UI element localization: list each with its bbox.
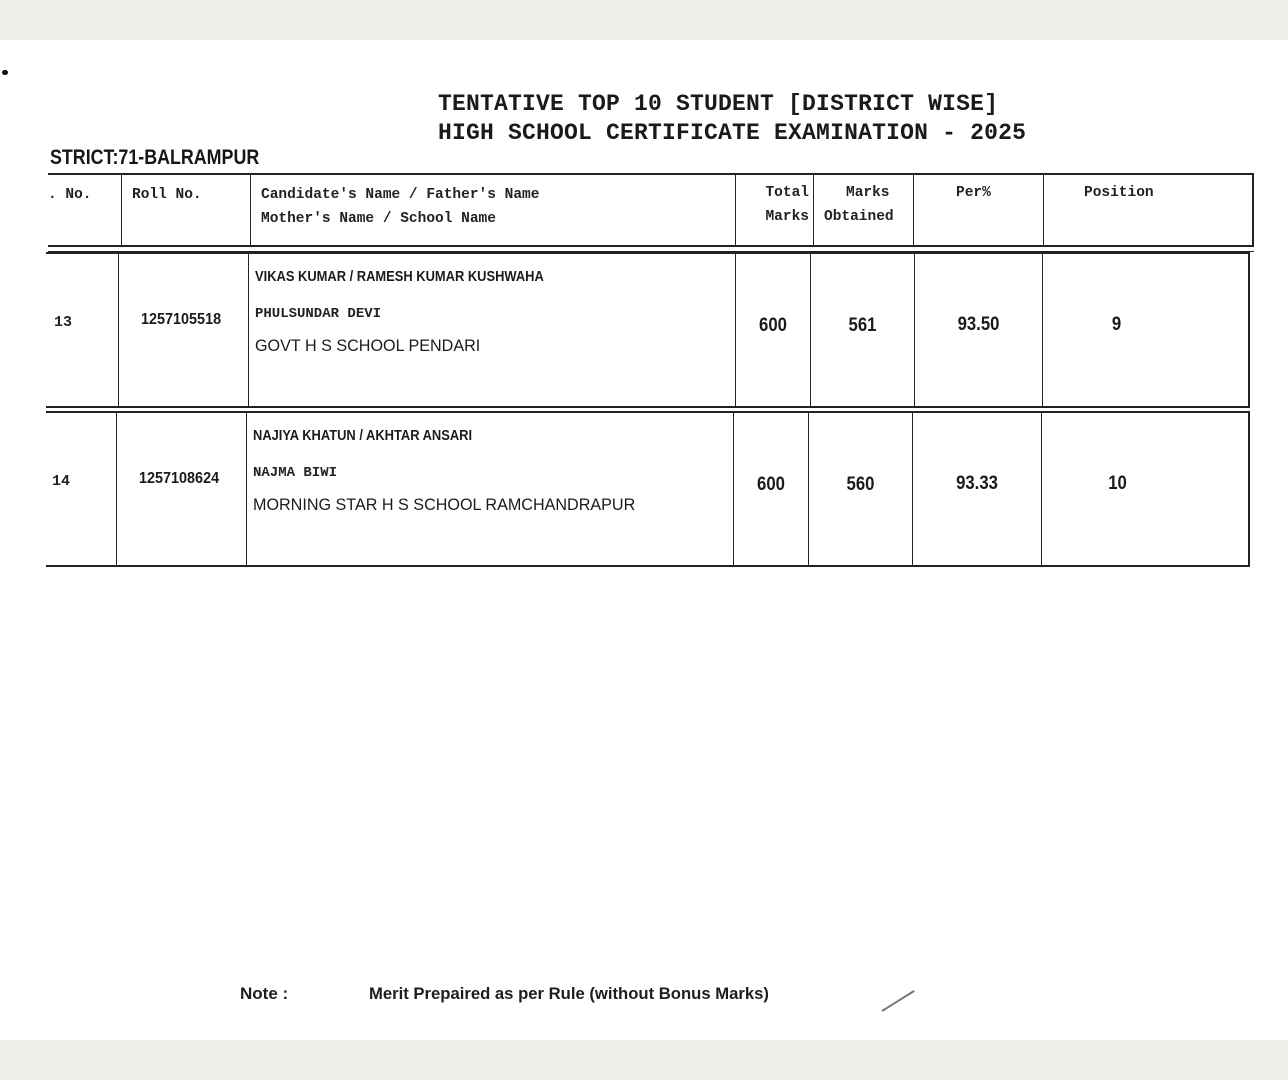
header-obtained-line2: Obtained <box>824 209 894 225</box>
percent: 93.50 <box>923 314 1035 336</box>
title-line-2: HIGH SCHOOL CERTIFICATE EXAMINATION - 20… <box>438 120 1026 146</box>
header-total-line1: Total <box>765 185 809 201</box>
title-line-1: TENTATIVE TOP 10 STUDENT [DISTRICT WISE] <box>438 91 998 117</box>
total-marks: 600 <box>740 315 805 337</box>
cell-position: 9 <box>1042 254 1248 406</box>
header-total: Total Marks <box>735 175 813 245</box>
header-candidate-line2: Mother's Name / School Name <box>261 211 496 227</box>
table-row: 14 1257108624 NAJIYA KHATUN / AKHTAR ANS… <box>46 411 1250 567</box>
total-marks: 600 <box>738 474 803 496</box>
mother-name: NAJMA BIWI <box>253 465 337 481</box>
table-header: . No. Roll No. Candidate's Name / Father… <box>48 173 1254 247</box>
note-text: Merit Prepaired as per Rule (without Bon… <box>369 984 769 1004</box>
document-page: TENTATIVE TOP 10 STUDENT [DISTRICT WISE]… <box>0 40 1288 1040</box>
candidate-father-name: VIKAS KUMAR / RAMESH KUMAR KUSHWAHA <box>255 268 544 285</box>
cell-position: 10 <box>1041 413 1248 565</box>
header-percent: Per% <box>913 175 1043 245</box>
cell-percent: 93.50 <box>914 254 1042 406</box>
percent: 93.33 <box>921 473 1034 495</box>
district-label: STRICT:71-BALRAMPUR <box>50 146 259 170</box>
header-roll: Roll No. <box>121 175 250 245</box>
cell-total-marks: 600 <box>735 254 810 406</box>
header-obtained-line1: Marks <box>824 185 890 201</box>
sno-value: 13 <box>54 314 72 331</box>
candidate-father-name: NAJIYA KHATUN / AKHTAR ANSARI <box>253 427 472 444</box>
header-candidate: Candidate's Name / Father's Name Mother'… <box>250 175 735 245</box>
header-total-line2: Marks <box>765 209 809 225</box>
document-title: TENTATIVE TOP 10 STUDENT [DISTRICT WISE]… <box>438 90 1026 148</box>
cell-roll: 1257105518 <box>118 254 248 406</box>
cell-total-marks: 600 <box>733 413 808 565</box>
school-name: MORNING STAR H S SCHOOL RAMCHANDRAPUR <box>253 495 635 515</box>
ink-dot <box>2 70 8 75</box>
cell-percent: 93.33 <box>912 413 1041 565</box>
cell-marks-obtained: 561 <box>810 254 914 406</box>
table-row: 13 1257105518 VIKAS KUMAR / RAMESH KUMAR… <box>46 252 1250 408</box>
pen-stroke-mark <box>881 990 914 1012</box>
position: 9 <box>1048 314 1184 336</box>
cell-candidate: VIKAS KUMAR / RAMESH KUMAR KUSHWAHA PHUL… <box>248 254 735 406</box>
position: 10 <box>1049 473 1185 495</box>
cell-candidate: NAJIYA KHATUN / AKHTAR ANSARI NAJMA BIWI… <box>246 413 733 565</box>
header-position: Position <box>1043 175 1254 245</box>
school-name: GOVT H S SCHOOL PENDARI <box>255 336 480 356</box>
note-label: Note : <box>240 984 288 1004</box>
marks-obtained: 560 <box>815 474 906 496</box>
mother-name: PHULSUNDAR DEVI <box>255 306 381 322</box>
cell-sno: 14 <box>46 413 116 565</box>
sno-value: 14 <box>52 473 70 490</box>
roll-number: 1257105518 <box>141 311 221 329</box>
header-candidate-line1: Candidate's Name / Father's Name <box>261 187 539 203</box>
header-sno: . No. <box>48 175 121 245</box>
header-obtained: Marks Obtained <box>813 175 913 245</box>
cell-sno: 13 <box>46 254 118 406</box>
cell-marks-obtained: 560 <box>808 413 912 565</box>
roll-number: 1257108624 <box>139 470 219 488</box>
marks-obtained: 561 <box>817 315 908 337</box>
cell-roll: 1257108624 <box>116 413 246 565</box>
